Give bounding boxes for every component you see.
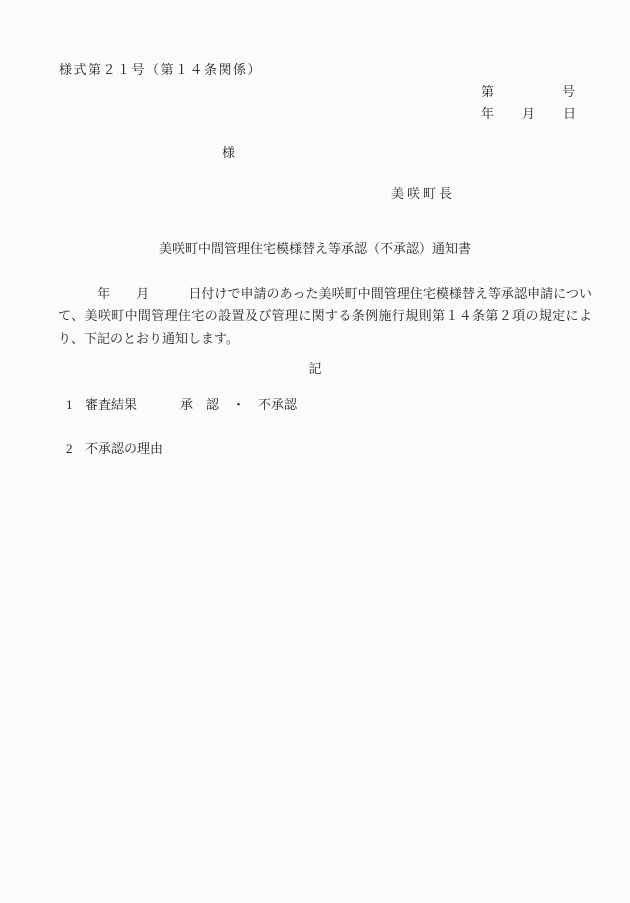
item-label: 審査結果 xyxy=(85,397,137,413)
list-item-disapproval-reason: 2 不承認の理由 xyxy=(0,441,630,457)
list-item-review-result: 1 審査結果 承 認 ・ 不承認 xyxy=(0,397,630,413)
document-title: 美咲町中間管理住宅模様替え等承認（不承認）通知書 xyxy=(0,241,630,257)
date-month-label: 月 xyxy=(522,106,535,122)
form-number: 様式第２１号（第１４条関係） xyxy=(59,62,262,78)
date-year-label: 年 xyxy=(481,106,494,122)
item-number: 1 xyxy=(66,397,73,413)
item-value: 承 認 ・ 不承認 xyxy=(180,397,297,413)
document-page: 様式第２１号（第１４条関係） 第 号 年 月 日 様 美咲町長 美咲町中間管理住… xyxy=(0,0,630,903)
doc-number-prefix: 第 xyxy=(481,84,494,100)
doc-number-suffix: 号 xyxy=(562,84,575,100)
body-paragraph: 年 月 日付けで申請のあった美咲町中間管理住宅模様替え等承認申請について、美咲町… xyxy=(58,283,592,350)
item-label: 不承認の理由 xyxy=(85,441,163,457)
date-line: 年 月 日 xyxy=(481,106,576,122)
record-marker: 記 xyxy=(0,361,630,377)
date-day-label: 日 xyxy=(563,106,576,122)
document-number-line: 第 号 xyxy=(481,84,575,100)
recipient-honorific: 様 xyxy=(222,145,235,161)
item-number: 2 xyxy=(66,441,73,457)
sender-name: 美咲町長 xyxy=(391,186,455,202)
